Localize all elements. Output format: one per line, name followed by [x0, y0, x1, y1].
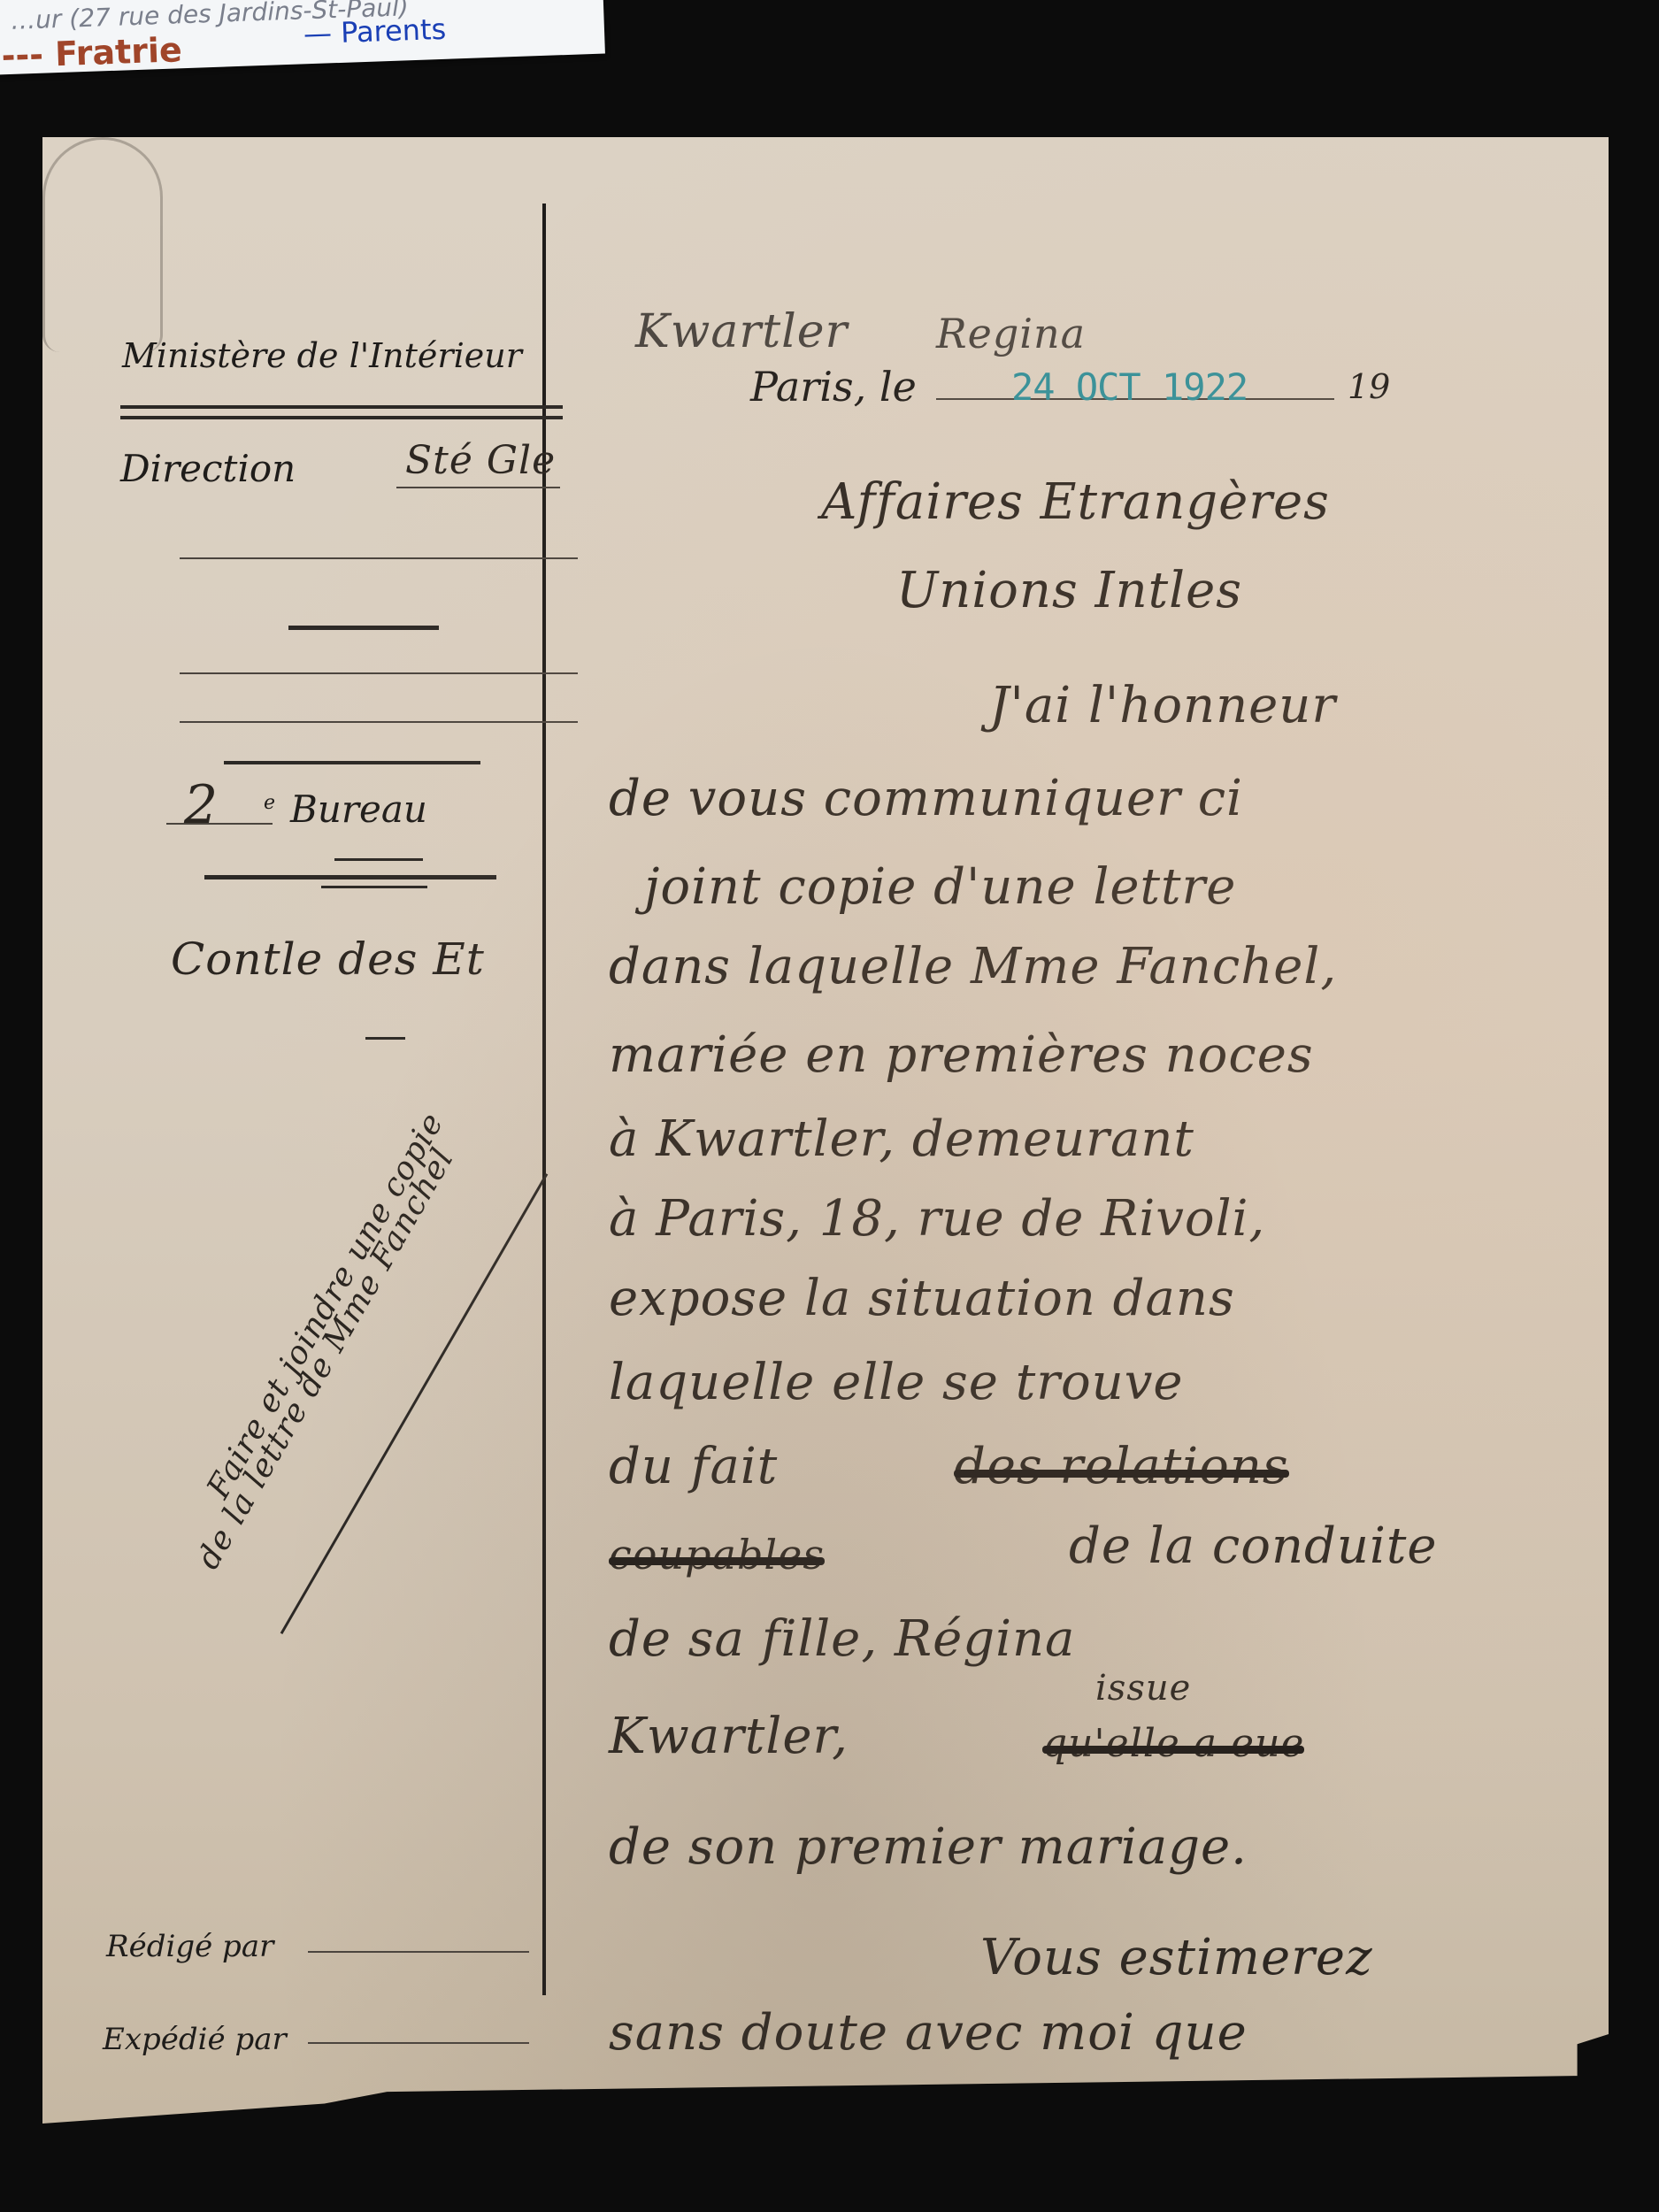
margin-divider: [542, 204, 546, 1995]
letter-line: dans laquelle Mme Fanchel,: [609, 938, 1337, 995]
ornament-flourish: [321, 886, 427, 888]
letter-line: de sa fille, Régina: [609, 1610, 1075, 1668]
letter-line: à Kwartler, demeurant: [609, 1110, 1194, 1168]
letter-line: J'ai l'honneur: [989, 677, 1336, 734]
struck-text: qu'elle a eue: [1042, 1721, 1304, 1766]
bureau-number: 2: [184, 774, 219, 836]
note-parents-legend: — Parents: [303, 12, 447, 51]
letter-line: joint copie d'une lettre: [644, 858, 1236, 916]
double-rule: [120, 405, 563, 409]
margin-annotation-line1: Faire et joindre une copie: [186, 1082, 465, 1529]
letter-line: laquelle elle se trouve: [609, 1354, 1184, 1411]
ministry-heading: Ministère de l'Intérieur: [122, 336, 522, 375]
drafted-by-field: [308, 1951, 529, 1953]
bureau-suffix: e: [264, 792, 275, 814]
sent-by-field: [308, 2042, 529, 2044]
direction-label: Direction: [120, 447, 296, 490]
year-prefix: 19: [1348, 367, 1390, 406]
ornament-flourish: [334, 858, 423, 861]
date-line: [936, 398, 1334, 400]
letter-line: de la conduite: [1069, 1517, 1438, 1575]
section-dash: [288, 626, 439, 630]
letter-line: mariée en premières noces: [609, 1026, 1314, 1084]
margin-annotation-line2: de la lettre de Mme Fanchel: [186, 1135, 465, 1582]
bureau-label: Bureau: [290, 787, 427, 831]
bureau-underline: [166, 823, 273, 825]
letter-line: Vous estimerez: [980, 1929, 1373, 1986]
letter-line: sans doute avec moi que: [609, 2004, 1248, 2062]
letter-line: le retour en France de: [609, 2088, 1194, 2146]
letter-line: de son premier mariage.: [609, 1818, 1248, 1876]
sent-by-label: Expédié par: [103, 2022, 287, 2057]
place-label: Paris, le: [750, 363, 917, 411]
service-dash: [365, 1037, 405, 1040]
form-line: [180, 721, 578, 723]
sticky-note: …ur (27 rue des Jardins-St-Paul) --- Fra…: [0, 0, 605, 75]
date-stamp: 24 OCT 1922: [1011, 365, 1248, 409]
struck-text: des relations: [954, 1438, 1289, 1495]
direction-value: Sté Gle: [405, 438, 556, 483]
letter-line: du fait: [609, 1438, 778, 1495]
ornament-rule: [204, 875, 496, 879]
letter-line: expose la situation dans: [609, 1270, 1235, 1327]
pencil-initials: [42, 137, 163, 352]
recipient-line2: Unions Intles: [896, 562, 1242, 619]
form-line: [180, 672, 578, 674]
letter-sheet: Ministère de l'Intérieur Direction Sté G…: [42, 137, 1609, 2124]
insertion-text: issue: [1095, 1668, 1191, 1709]
recipient-line1: Affaires Etrangères: [821, 473, 1330, 531]
form-line: [180, 557, 578, 559]
double-rule: [120, 416, 563, 419]
direction-line: [396, 487, 560, 488]
letter-line: Kwartler,: [609, 1708, 849, 1765]
struck-text: coupables: [609, 1531, 825, 1578]
drafted-by-label: Rédigé par: [106, 1929, 273, 1964]
file-given-name: Regina: [936, 310, 1086, 357]
annotation-slash: [280, 1173, 549, 1634]
note-fratrie-legend: --- Fratrie: [1, 30, 183, 75]
letter-line: de vous communiquer ci: [609, 770, 1243, 827]
letter-line: à Paris, 18, rue de Rivoli,: [609, 1190, 1265, 1248]
file-surname: Kwartler: [635, 305, 848, 358]
service-name: Contle des Et: [171, 933, 485, 985]
bureau-rule: [224, 761, 480, 764]
